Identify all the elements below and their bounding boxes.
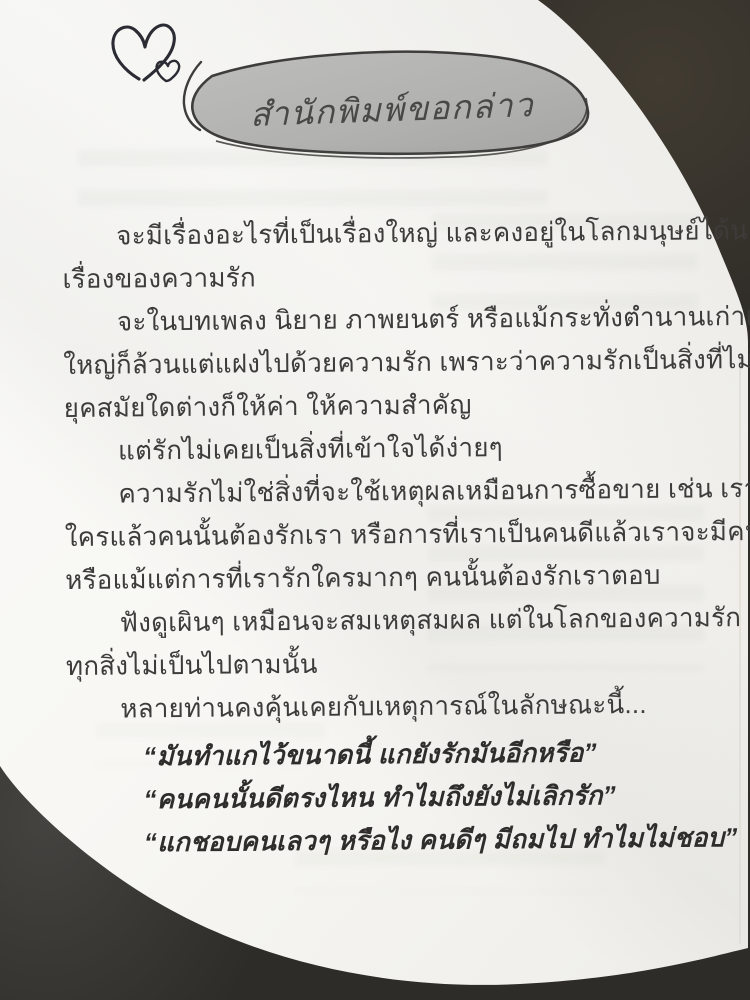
body-text: จะมีเรื่องอะไรที่เป็นเรื่องใหญ่ และคงอยู… — [62, 209, 726, 731]
body-line: แต่รักไม่เคยเป็นสิ่งที่เข้าใจได้ง่ายๆ — [64, 424, 724, 473]
quote-line: “มันทำแกไว้ขนาดนี้ แกยังรักมันอีกหรือ” — [62, 730, 722, 779]
body-line: จะมีเรื่องอะไรที่เป็นเรื่องใหญ่ และคงอยู… — [62, 209, 722, 258]
body-line: ความรักไม่ใช่สิ่งที่จะใช้เหตุผลเหมือนการ… — [64, 467, 724, 516]
dialogue-quotes: “มันทำแกไว้ขนาดนี้ แกยังรักมันอีกหรือ” “… — [62, 730, 723, 865]
quote-line: “คนคนนั้นดีตรงไหน ทำไมถึงยังไม่เลิกรัก” — [62, 773, 722, 822]
photo-of-book-page: สำนักพิมพ์ขอกล่าว จะมีเรื่องอะไรที่เป็นเ… — [0, 0, 750, 1000]
body-line: ยุคสมัยใดต่างก็ให้ค่า ให้ความสำคัญ — [64, 381, 724, 430]
body-line: หรือแม้แต่การที่เรารักใครมากๆ คนนั้นต้อง… — [65, 553, 725, 602]
body-line: หลายท่านคงคุ้นเคยกับเหตุการณ์ในลักษณะนี้… — [66, 682, 726, 731]
body-line: ฟังดูเผินๆ เหมือนจะสมเหตุสมผล แต่ในโลกขอ… — [65, 596, 725, 645]
body-line: ใครแล้วคนนั้นต้องรักเรา หรือการที่เราเป็… — [65, 510, 725, 559]
body-line: จะในบทเพลง นิยาย ภาพยนตร์ หรือแม้กระทั่ง… — [63, 295, 723, 344]
quote-line: “แกชอบคนเลวๆ หรือไง คนดีๆ มีถมไป ทำไมไม่… — [63, 816, 723, 865]
body-line: ใหญ่ก็ล้วนแต่แฝงไปด้วยความรัก เพราะว่าคว… — [63, 338, 723, 387]
body-line: ทุกสิ่งไม่เป็นไปตามนั้น — [66, 639, 726, 688]
body-line: เรื่องของความรัก — [62, 252, 722, 301]
